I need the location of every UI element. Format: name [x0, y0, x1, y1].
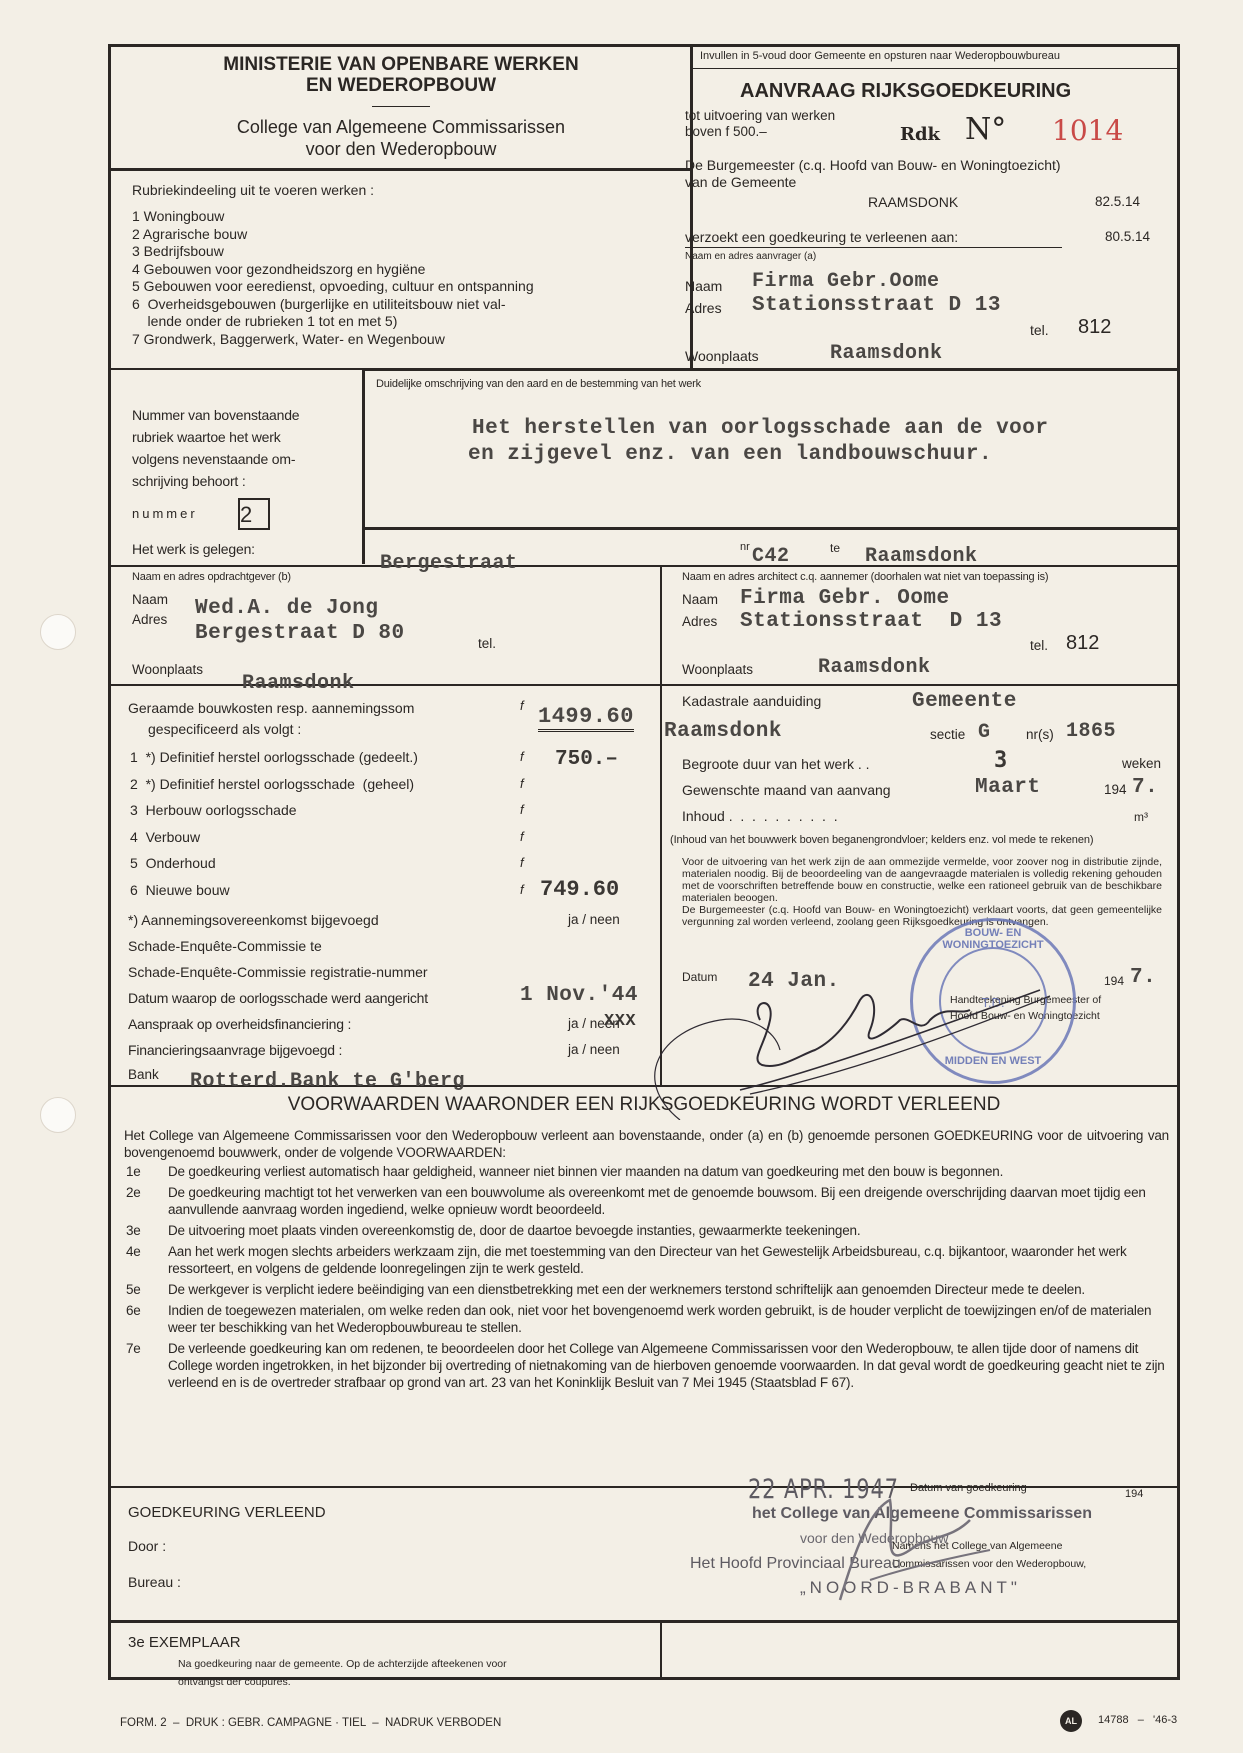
- college-title: College van Algemeene Commissarissen voo…: [112, 116, 690, 160]
- voorwaarde-text: De werkgever is verplicht iedere beëindi…: [168, 1281, 1085, 1298]
- currency-symbol: f: [520, 850, 524, 877]
- gelegen-plaats-field[interactable]: Raamsdonk: [865, 545, 978, 568]
- architect-woonplaats-label: Woonplaats: [682, 662, 753, 677]
- aanvrager-adres-label: Adres: [685, 300, 722, 316]
- opdrachtgever-naam-field[interactable]: Wed.A. de Jong: [195, 597, 378, 620]
- voorwaarde-number: 2e: [126, 1184, 168, 1218]
- header-left-bottom-rule: [108, 168, 692, 171]
- voorwaarde-text: De goedkeuring machtigt tot het verwerke…: [168, 1184, 1169, 1218]
- currency-symbol: f: [520, 698, 524, 713]
- voorwaarde-item: 3eDe uitvoering moet plaats vinden overe…: [126, 1222, 1169, 1239]
- bureau-label: Bureau :: [128, 1574, 181, 1590]
- verzoekt-rule: [685, 247, 1062, 248]
- voorwaarde-item: 7eDe verleende goedkeuring kan om redene…: [126, 1340, 1169, 1391]
- omschrijving-field[interactable]: Het herstellen van oorlogsschade aan de …: [472, 416, 1049, 468]
- opdrachtgever-adres-label: Adres: [132, 612, 167, 627]
- voorwaarde-text: De goedkeuring verliest automatisch haar…: [168, 1163, 1003, 1180]
- exemplaar-title: 3e EXEMPLAAR: [128, 1634, 241, 1651]
- architect-naam-label: Naam: [682, 592, 718, 607]
- college-line-2: voor den Wederopbouw: [112, 138, 690, 160]
- voorwaarde-item: 5eDe werkgever is verplicht iedere beëin…: [126, 1281, 1169, 1298]
- voorwaarden-list: 1eDe goedkeuring verliest automatisch ha…: [126, 1163, 1169, 1395]
- rubriek-nummer-line: Nummer van bovenstaande: [132, 404, 299, 426]
- college-line-1: College van Algemeene Commissarissen: [112, 116, 690, 138]
- aanneming-label: *) Aannemingsovereenkomst bijgevoegd: [128, 912, 379, 928]
- kosten-item-label: 4 Verbouw: [130, 824, 530, 851]
- approval-signature-icon: [800, 1490, 1000, 1610]
- architect-naam-field[interactable]: Firma Gebr. Oome: [740, 587, 950, 610]
- currency-symbol: f: [520, 744, 524, 771]
- aanvrager-woonplaats-label: Woonplaats: [685, 348, 759, 364]
- rubriek-item: 7 Grondwerk, Baggerwerk, Water- en Wegen…: [132, 331, 534, 349]
- kosten-item-label: 6 Nieuwe bouw: [130, 877, 530, 904]
- burgemeester-paragraph: De Burgemeester (c.q. Hoofd van Bouw- en…: [682, 904, 1162, 928]
- goedkeuring-bottom-rule: [108, 1620, 1180, 1623]
- architect-tel-field[interactable]: 812: [1066, 632, 1099, 655]
- burgemeester-text: De Burgemeester (c.q. Hoofd van Bouw- en…: [685, 157, 1061, 191]
- rubriek-item: 4 Gebouwen voor gezondheidszorg en hygië…: [132, 261, 534, 279]
- opdrachtgever-woonplaats-label: Woonplaats: [132, 662, 203, 677]
- gelegen-label: Het werk is gelegen:: [132, 541, 255, 557]
- sec-reg-label: Schade-Enquête-Commissie registratie-num…: [128, 964, 428, 980]
- ministry-title: MINISTERIE VAN OPENBARE WERKEN EN WEDERO…: [112, 54, 690, 96]
- rubriek-item: lende onder de rubrieken 1 tot en met 5): [132, 313, 534, 331]
- code-2: 80.5.14: [1105, 229, 1150, 244]
- kosten-item-label: 5 Onderhoud: [130, 850, 530, 877]
- kosten-items: 1 *) Definitief herstel oorlogsschade (g…: [130, 744, 530, 904]
- footer-imprint: FORM. 2 – DRUK : GEBR. CAMPAGNE · TIEL –…: [120, 1717, 501, 1729]
- aanvrager-naam-label: Naam: [685, 278, 722, 294]
- kosten-item-label: 2 *) Definitief herstel oorlogsschade (g…: [130, 771, 530, 798]
- verzoekt-label: verzoekt een goedkeuring te verleenen aa…: [685, 229, 958, 245]
- voorwaarden-intro: Het College van Algemeene Commissarissen…: [124, 1127, 1169, 1161]
- opdrachtgever-tel-label: tel.: [478, 636, 496, 651]
- kosten-label-2: gespecificeerd als volgt :: [148, 721, 301, 737]
- duur-field[interactable]: 3: [994, 748, 1007, 773]
- oorlogsschade-datum-label: Datum waarop de oorlogsschade werd aange…: [128, 990, 428, 1006]
- bank-label: Bank: [128, 1067, 159, 1082]
- punch-hole-bottom: [40, 1097, 76, 1133]
- maand-label: Gewenschte maand van aanvang: [682, 782, 891, 798]
- voorwaarde-text: De verleende goedkeuring kan om redenen,…: [168, 1340, 1169, 1391]
- printer-logo-icon: AL: [1060, 1710, 1082, 1732]
- voorwaarde-number: 4e: [126, 1243, 168, 1277]
- currency-symbol: f: [520, 877, 524, 904]
- gelegen-nr-label: nr: [740, 541, 750, 553]
- aanvrager-woonplaats-field[interactable]: Raamsdonk: [830, 342, 943, 365]
- currency-symbol: f: [520, 771, 524, 798]
- gelegen-te-label: te: [830, 541, 840, 555]
- aanspraak-ja: ja /: [568, 1016, 586, 1031]
- voorwaarde-item: 2eDe goedkeuring machtigt tot het verwer…: [126, 1184, 1169, 1218]
- sectie-field[interactable]: G: [978, 721, 991, 744]
- aanneming-option[interactable]: ja / neen: [568, 912, 620, 927]
- aanvrager-label: Naam en adres aanvrager (a): [685, 251, 816, 262]
- voorwaarde-text: Aan het werk mogen slechts arbeiders wer…: [168, 1243, 1169, 1277]
- omschrijving-top-rule: [362, 368, 1180, 371]
- aanvrager-naam-field[interactable]: Firma Gebr.Oome: [752, 270, 940, 293]
- opdrachtgever-adres-field[interactable]: Bergestraat D 80: [195, 622, 405, 645]
- request-subtitle: tot uitvoering van werken boven f 500.–: [685, 108, 835, 140]
- kosten-item-label: 3 Herbouw oorlogsschade: [130, 797, 530, 824]
- rubriek-nummer-text: Nummer van bovenstaande rubriek waartoe …: [132, 404, 299, 492]
- burgemeester-line-2: van de Gemeente: [685, 174, 1061, 191]
- subtitle-line-2: boven f 500.–: [685, 124, 835, 140]
- gemeente-name: RAAMSDONK: [868, 194, 958, 210]
- nummer-label: nummer: [132, 506, 198, 521]
- currency-symbol: f: [520, 824, 524, 851]
- ministry-line-2: EN WEDEROPBOUW: [112, 75, 690, 96]
- omschrijving-line-1: Het herstellen van oorlogsschade aan de …: [472, 416, 1049, 442]
- exemplaar-note-line-2: ontvangst der coupures.: [178, 1673, 507, 1691]
- rubriek-item: 5 Gebouwen voor eeredienst, opvoeding, c…: [132, 278, 534, 296]
- voorwaarde-number: 3e: [126, 1222, 168, 1239]
- omschrijving-label: Duidelijke omschrijving van den aard en …: [376, 378, 701, 390]
- voorwaarde-number: 7e: [126, 1340, 168, 1391]
- frame-left: [108, 44, 111, 1680]
- rdk-label: Rdk: [900, 124, 940, 145]
- request-title: AANVRAAG RIJKSGOEDKEURING: [740, 80, 1071, 103]
- voorwaarde-number: 5e: [126, 1281, 168, 1298]
- duur-label: Begroote duur van het werk . .: [682, 756, 870, 772]
- exemplaar-divider: [660, 1620, 662, 1680]
- nummer-box[interactable]: 2: [238, 498, 270, 530]
- kosten-item-label: 1 *) Definitief herstel oorlogsschade (g…: [130, 744, 530, 771]
- rubriek-item: 1 Woningbouw: [132, 208, 534, 226]
- frame-top: [108, 44, 1180, 47]
- architect-woonplaats-field[interactable]: Raamsdonk: [818, 656, 931, 679]
- exemplaar-note: Na goedkeuring naar de gemeente. Op de a…: [178, 1655, 507, 1691]
- datum-year-prefix: 194: [1104, 974, 1124, 988]
- rubriek-nummer-line: volgens nevenstaande om-: [132, 448, 299, 470]
- kosten-total-field[interactable]: 1499.60: [538, 704, 634, 732]
- goedkeuring-year-prefix: 194: [1125, 1488, 1143, 1500]
- architect-label: Naam en adres architect c.q. aannemer (d…: [682, 571, 1048, 583]
- voorwaarde-number: 1e: [126, 1163, 168, 1180]
- jaar-field[interactable]: 7.: [1132, 776, 1158, 799]
- datum-year-field[interactable]: 7.: [1130, 966, 1156, 989]
- burgemeester-line-1: De Burgemeester (c.q. Hoofd van Bouw- en…: [685, 157, 1061, 174]
- currency-symbol: f: [520, 797, 524, 824]
- code-1: 82.5.14: [1095, 194, 1140, 209]
- opdrachtgever-label: Naam en adres opdrachtgever (b): [132, 571, 291, 583]
- voorwaarde-item: 4eAan het werk mogen slechts arbeiders w…: [126, 1243, 1169, 1277]
- ministry-line-1: MINISTERIE VAN OPENBARE WERKEN: [112, 54, 690, 75]
- aanvrager-tel-label: tel.: [1030, 322, 1049, 338]
- opdrachtgever-woonplaats-field[interactable]: Raamsdonk: [242, 672, 355, 695]
- voorwaarde-number: 6e: [126, 1302, 168, 1336]
- footer-code: 14788 – '46-3: [1098, 1714, 1177, 1726]
- gelegen-nr-field[interactable]: C42: [752, 545, 790, 568]
- punch-hole-top: [40, 614, 76, 650]
- stamp-text-top: BOUW- EN WONINGTOEZICHT: [913, 927, 1073, 951]
- kadaster-label: Kadastrale aanduiding: [682, 693, 821, 709]
- kadaster-plaats-field[interactable]: Raamsdonk: [664, 720, 782, 743]
- nrs-label: nr(s): [1026, 727, 1054, 742]
- sectie-label: sectie: [930, 727, 965, 742]
- rubriek-item: 6 Overheidsgebouwen (burgerlijke en util…: [132, 296, 534, 314]
- inhoud-unit: m³: [1134, 810, 1148, 824]
- rubrieken-title: Rubriekindeeling uit te voeren werken :: [132, 182, 374, 198]
- frame-right: [1177, 44, 1180, 1680]
- duur-unit: weken: [1122, 756, 1161, 771]
- architect-adres-field[interactable]: Stationsstraat D 13: [740, 610, 1002, 633]
- goedkeuring-title: GOEDKEURING VERLEEND: [128, 1504, 326, 1521]
- voorwaarde-item: 6eIndien de toegewezen materialen, om we…: [126, 1302, 1169, 1336]
- maand-field[interactable]: Maart: [975, 776, 1041, 799]
- rubriek-nummer-line: schrijving behoort :: [132, 470, 299, 492]
- title-separator: [372, 106, 430, 107]
- voorwaarde-text: Indien de toegewezen materialen, om welk…: [168, 1302, 1169, 1336]
- kosten-currency-column: f f f f f f: [520, 744, 524, 904]
- rubriek-item: 3 Bedrijfsbouw: [132, 243, 534, 261]
- opdrachtgever-naam-label: Naam: [132, 592, 168, 607]
- exemplaar-note-line-1: Na goedkeuring naar de gemeente. Op de a…: [178, 1655, 507, 1673]
- door-label: Door :: [128, 1538, 166, 1554]
- omschrijving-line-2: en zijgevel enz. van een landbouwschuur.: [468, 442, 1049, 468]
- header-divider: [690, 44, 693, 368]
- kosten-item-1-field[interactable]: 750.–: [555, 748, 618, 771]
- gelegen-rule: [108, 565, 1180, 567]
- nrs-field[interactable]: 1865: [1066, 720, 1116, 743]
- rubriek-item: 2 Agrarische bouw: [132, 226, 534, 244]
- jaar-prefix: 194: [1104, 782, 1127, 797]
- number-sign: N°: [965, 112, 1006, 147]
- kadaster-gemeente-field[interactable]: Gemeente: [912, 690, 1017, 713]
- kadaster-paragraphs: Voor de uitvoering van het werk zijn de …: [682, 856, 1162, 928]
- voorwaarden-title: VOORWAARDEN WAARONDER EEN RIJKSGOEDKEURI…: [108, 1094, 1180, 1116]
- materials-paragraph: Voor de uitvoering van het werk zijn de …: [682, 856, 1162, 904]
- financiering-label: Financieringsaanvrage bijgevoegd :: [128, 1042, 342, 1058]
- voorwaarde-text: De uitvoering moet plaats vinden overeen…: [168, 1222, 860, 1239]
- rubriek-nummer-line: rubriek waartoe het werk: [132, 426, 299, 448]
- architect-tel-label: tel.: [1030, 638, 1048, 653]
- instruction-text: Invullen in 5-voud door Gemeente en opst…: [700, 50, 1060, 62]
- inhoud-label: Inhoud . . . . . . . . . .: [682, 808, 838, 824]
- inhoud-note: (Inhoud van het bouwwerk boven beganengr…: [670, 834, 1093, 846]
- instruction-rule: [690, 68, 1180, 69]
- subtitle-line-1: tot uitvoering van werken: [685, 108, 835, 124]
- voorwaarde-item: 1eDe goedkeuring verliest automatisch ha…: [126, 1163, 1169, 1180]
- omschrijving-left-rule: [362, 368, 365, 564]
- bank-field[interactable]: Rotterd.Bank te G'berg: [190, 1070, 465, 1093]
- application-number: 1014: [1052, 114, 1123, 147]
- omschrijving-bottom-rule: [362, 527, 1180, 530]
- aanvrager-tel-field[interactable]: 812: [1078, 316, 1111, 339]
- kosten-label-1: Geraamde bouwkosten resp. aannemingssom: [128, 700, 414, 716]
- architect-adres-label: Adres: [682, 614, 717, 629]
- aanvrager-adres-field[interactable]: Stationsstraat D 13: [752, 294, 1001, 317]
- rubriek-rule: [108, 368, 364, 370]
- sec-te-label: Schade-Enquête-Commissie te: [128, 938, 322, 954]
- aanspraak-label: Aanspraak op overheidsfinanciering :: [128, 1016, 351, 1032]
- gelegen-straat-field[interactable]: Bergestraat: [380, 552, 518, 575]
- nummer-value: 2: [240, 502, 252, 527]
- rubrieken-list: 1 Woningbouw 2 Agrarische bouw 3 Bedrijf…: [132, 208, 534, 348]
- kosten-item-6-field[interactable]: 749.60: [540, 877, 619, 902]
